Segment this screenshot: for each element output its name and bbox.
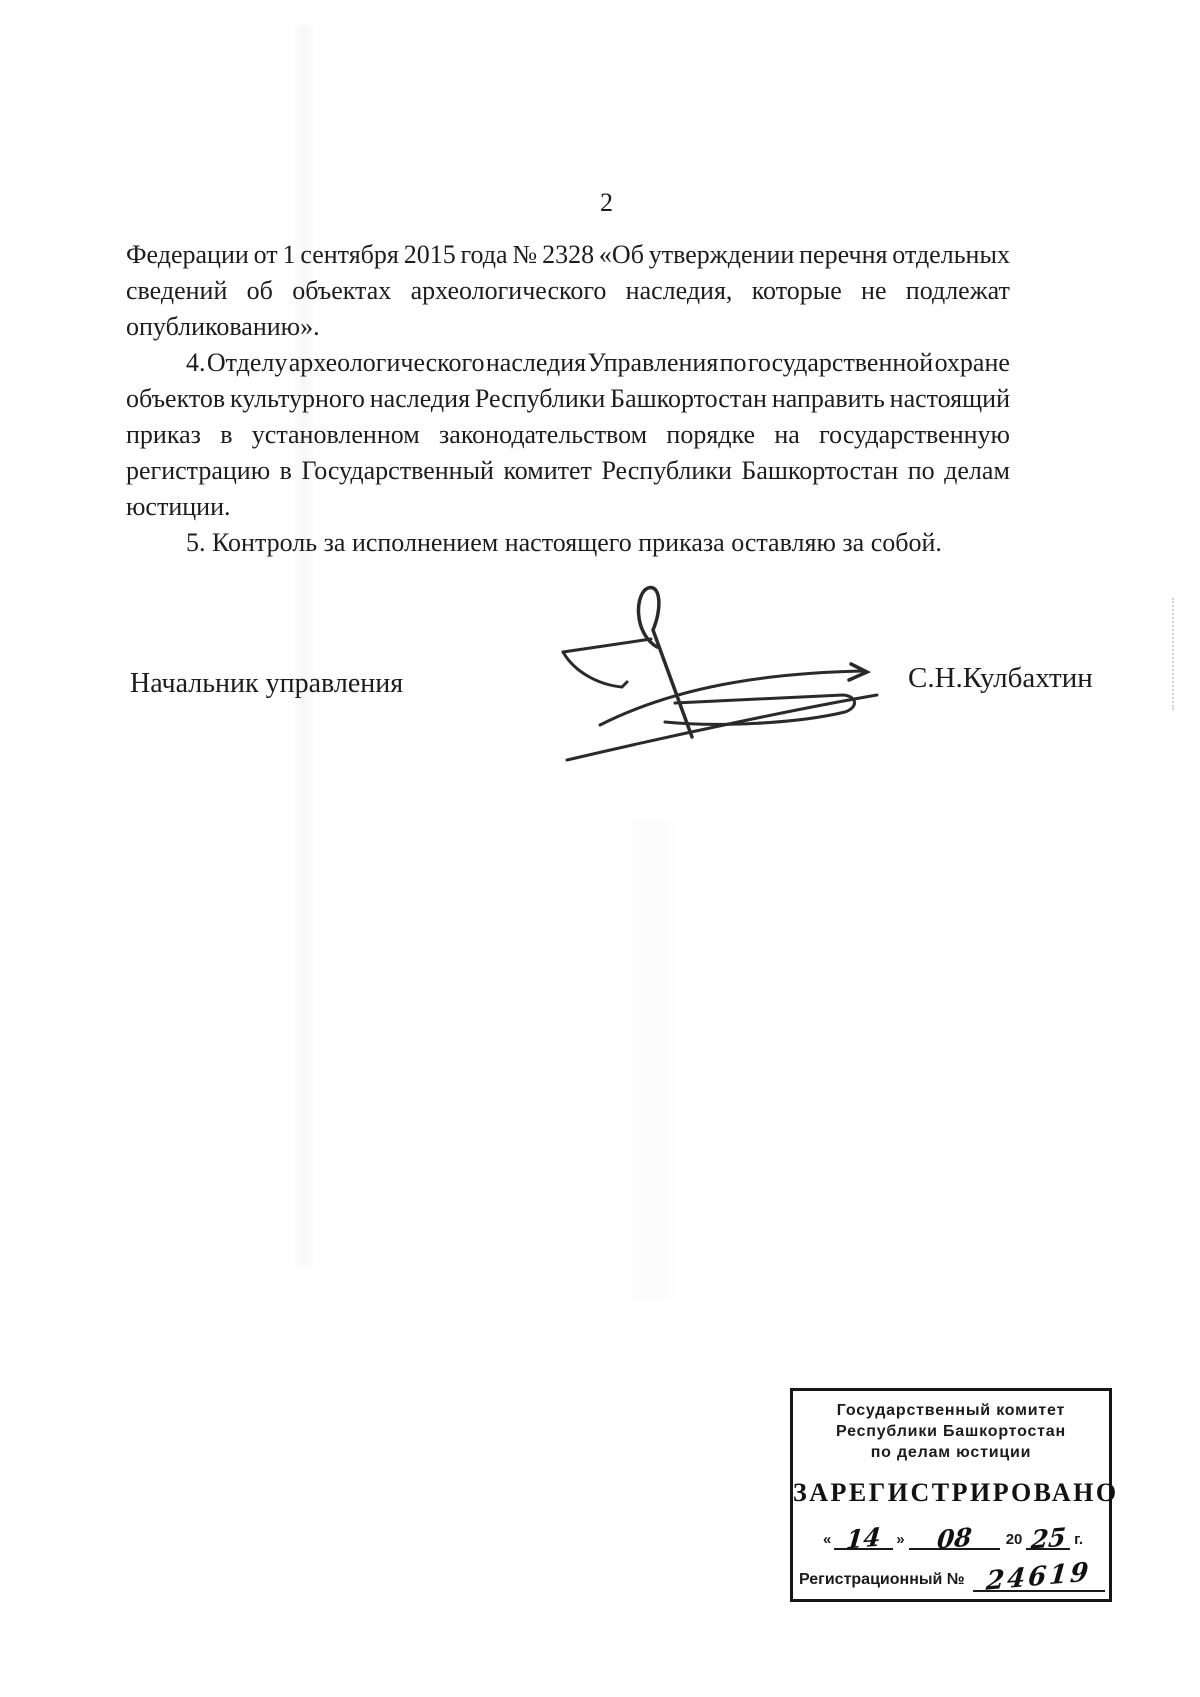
body-line: 4.ОтделуархеологическогонаследияУправлен… xyxy=(126,345,1010,381)
stamp-date-close-quote: » xyxy=(896,1531,904,1548)
body-line: 5. Контроль за исполнением настоящего пр… xyxy=(126,525,1010,561)
body-line: опубликованию». xyxy=(126,309,1010,345)
body-line: сведенийобобъектахархеологическогонаслед… xyxy=(126,273,1010,309)
stamp-registration-number-label: Регистрационный № xyxy=(799,1571,965,1589)
stamp-organization-name: Государственный комитетРеспублики Башкор… xyxy=(793,1400,1109,1463)
stamp-registered-label: ЗАРЕГИСТРИРОВАНО xyxy=(793,1478,1109,1508)
stamp-registration-number-row: Регистрационный № 24619 xyxy=(793,1560,1109,1592)
stamp-date-open-quote: « xyxy=(823,1531,831,1548)
body-line: юстиции. xyxy=(126,489,1010,525)
registration-stamp: Государственный комитетРеспублики Башкор… xyxy=(790,1388,1112,1602)
stamp-date-day-handwritten: 14 xyxy=(845,1522,882,1554)
stamp-date-century-printed: 20 xyxy=(1006,1531,1023,1548)
scanned-document-page: 2 Федерацииот1сентября2015года№2328«Обут… xyxy=(0,0,1200,1697)
body-line: регистрациювГосударственныйкомитетРеспуб… xyxy=(126,453,1010,489)
signatory-position-label: Начальник управления xyxy=(130,668,403,700)
body-line: объектовкультурногонаследияРеспубликиБаш… xyxy=(126,381,1010,417)
body-line: приказвустановленномзаконодательствомпор… xyxy=(126,417,1010,453)
stamp-registration-number-handwritten: 24619 xyxy=(985,1557,1093,1597)
stamp-registration-number-field: 24619 xyxy=(973,1560,1105,1592)
scanner-artifact-band xyxy=(620,820,680,1300)
stamp-date-year-field: 25 xyxy=(1026,1520,1070,1550)
stamp-date-month-field: 08 xyxy=(909,1520,1000,1550)
stamp-date-year-suffix: г. xyxy=(1074,1531,1083,1548)
stamp-organization-line: Государственный комитет xyxy=(793,1400,1109,1421)
scanner-artifact-band xyxy=(292,25,316,1265)
stamp-date-day-field: 14 xyxy=(834,1520,893,1550)
document-body-text: Федерацииот1сентября2015года№2328«Обутве… xyxy=(126,237,1010,561)
stamp-date-year-handwritten: 25 xyxy=(1030,1522,1067,1554)
stamp-organization-line: по делам юстиции xyxy=(793,1442,1109,1463)
stamp-organization-line: Республики Башкортостан xyxy=(793,1421,1109,1442)
stamp-date-row: « 14 » 08 20 25 г. xyxy=(793,1520,1109,1550)
scanner-artifact-dotted-line xyxy=(1172,598,1174,710)
signatory-name: С.Н.Кулбахтин xyxy=(908,662,1093,695)
signature-scribble-image xyxy=(505,575,895,770)
page-number: 2 xyxy=(600,188,613,218)
stamp-date-month-handwritten: 08 xyxy=(936,1522,973,1554)
body-line: Федерацииот1сентября2015года№2328«Обутве… xyxy=(126,237,1010,273)
